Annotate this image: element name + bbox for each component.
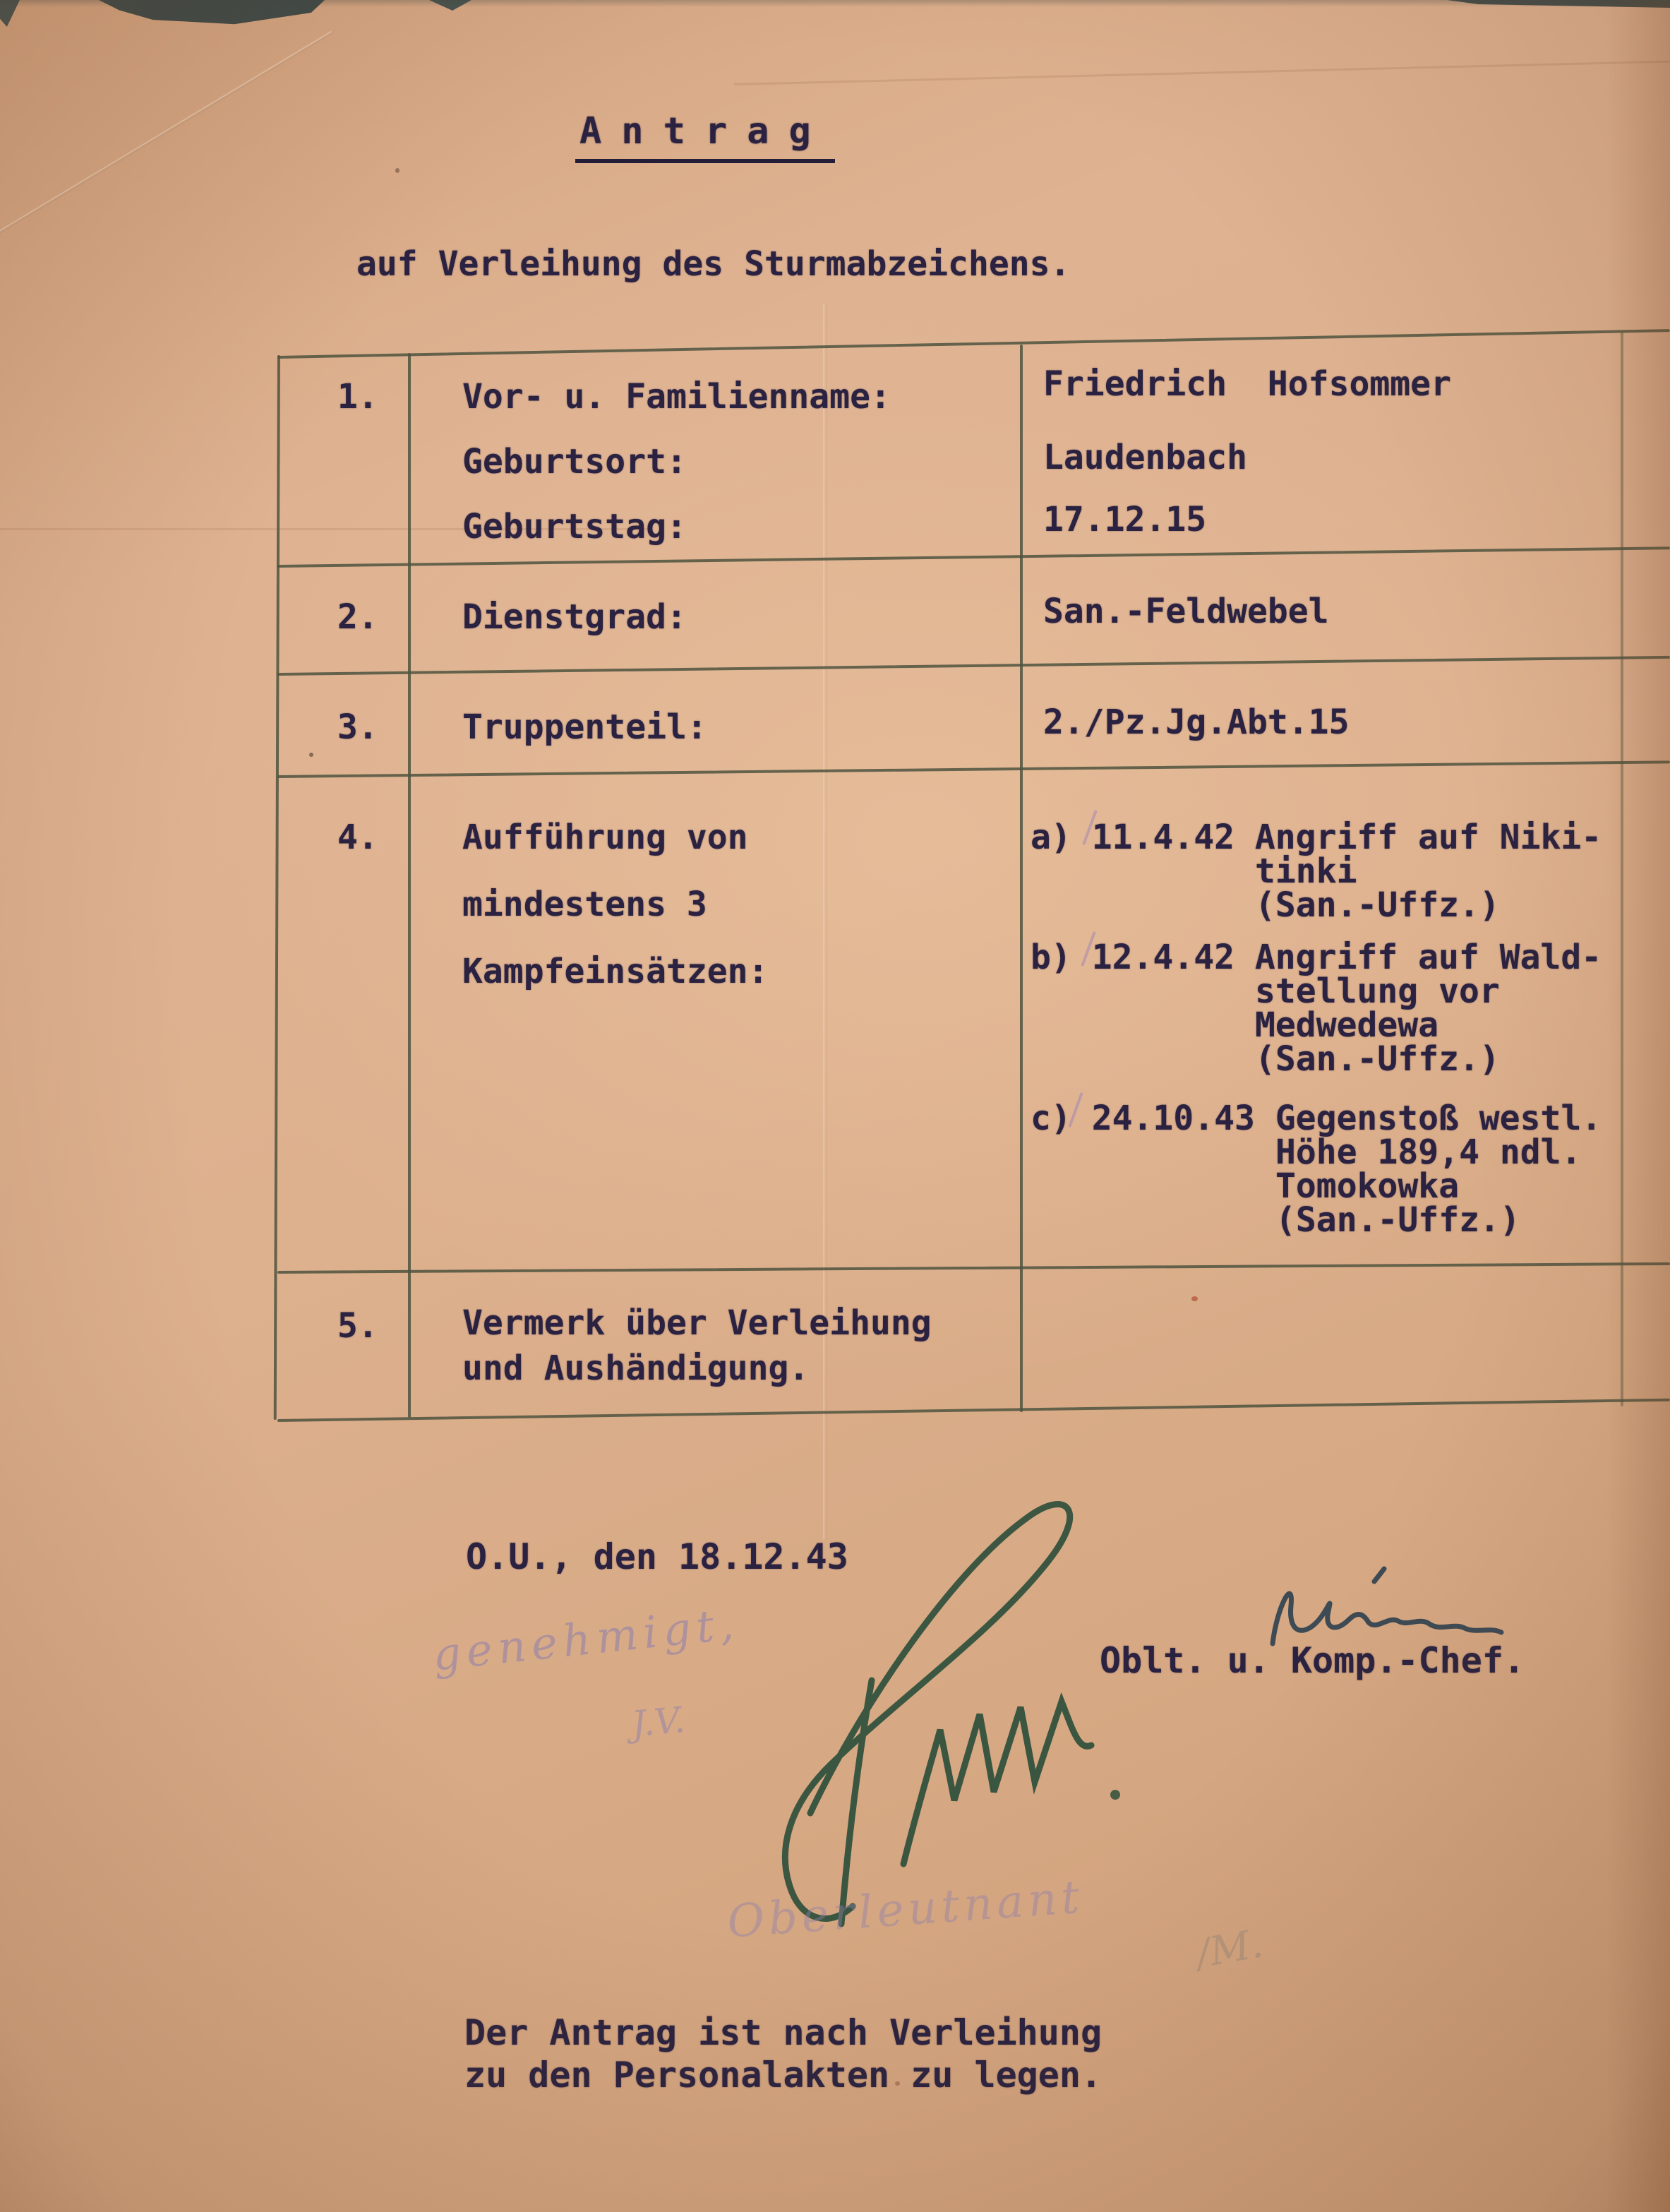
torn-edge-shadow <box>0 0 1670 7</box>
row-number: 5. <box>337 1308 378 1345</box>
pencil-initials: J.V. <box>630 1699 687 1745</box>
field-value: 17.12.15 <box>1043 501 1206 539</box>
field-label: Truppenteil: <box>462 709 707 746</box>
table-row-divider <box>277 1262 1670 1274</box>
fold-crease <box>0 31 332 237</box>
combat-entry-line: tinki <box>1255 853 1357 890</box>
table-row-divider <box>277 656 1670 676</box>
signer-role-line: Oblt. u. Komp.-Chef. <box>1100 1642 1525 1680</box>
field-label: Kampfeinsätzen: <box>462 953 768 991</box>
row-number: 3. <box>337 709 378 746</box>
field-label: mindestens 3 <box>462 886 707 923</box>
combat-entry-line: b) 12.4.42 Angriff auf Wald- <box>1031 939 1602 976</box>
table-column-divider <box>1020 345 1023 1412</box>
field-label: Aufführung von <box>462 819 748 856</box>
row-number: 4. <box>337 819 378 856</box>
scanned-document: Antrag auf Verleihung des Sturmabzeichen… <box>0 0 1670 2212</box>
field-label: Geburtsort: <box>462 443 687 481</box>
field-label: Vor- u. Familienname: <box>462 378 891 416</box>
paper-speck <box>1191 1296 1198 1301</box>
combat-entry-line: Tomokowka <box>1275 1168 1459 1205</box>
table-border-top <box>277 329 1670 359</box>
table-row-divider <box>277 546 1670 568</box>
combat-entry-line: Medwedewa <box>1255 1007 1438 1044</box>
field-label: und Aushändigung. <box>462 1350 809 1387</box>
fold-crease <box>823 304 827 1539</box>
pencil-rank-suffix: /M. <box>1193 1920 1266 1977</box>
combat-entry-line: c) 24.10.43 Gegenstoß westl. <box>1031 1100 1602 1137</box>
field-value: San.-Feldwebel <box>1043 593 1329 630</box>
table-border-bottom <box>277 1399 1670 1422</box>
field-label: Vermerk über Verleihung <box>462 1305 932 1342</box>
table-border-left <box>274 355 280 1420</box>
footer-instruction-line: Der Antrag ist nach Verleihung <box>464 2014 1102 2052</box>
row-number: 1. <box>337 378 378 416</box>
combat-entry-line: (San.-Uffz.) <box>1255 887 1500 924</box>
field-label: Geburtstag: <box>462 508 687 546</box>
paper-speck <box>309 753 313 757</box>
document-title: Antrag <box>575 112 835 163</box>
document-subtitle: auf Verleihung des Sturmabzeichens. <box>356 246 1070 283</box>
combat-entry-line: (San.-Uffz.) <box>1255 1041 1500 1078</box>
row-number: 2. <box>337 599 378 636</box>
combat-entry-line: Höhe 189,4 ndl. <box>1275 1134 1581 1171</box>
paper-speck <box>395 168 400 173</box>
table-row-divider <box>277 760 1670 778</box>
fold-crease <box>734 61 1670 85</box>
field-label: Dienstgrad: <box>462 599 687 636</box>
combat-entry-line: stellung vor <box>1255 973 1500 1010</box>
footer-instruction-line: zu den Personalakten zu legen. <box>464 2056 1102 2095</box>
combat-entry-line: (San.-Uffz.) <box>1275 1202 1520 1239</box>
field-value: Laudenbach <box>1043 439 1247 477</box>
field-value: 2./Pz.Jg.Abt.15 <box>1043 704 1349 741</box>
paper-speck <box>895 2081 900 2086</box>
page-curl-shadow <box>1606 0 1670 2212</box>
table-column-divider <box>408 353 411 1418</box>
combat-entry-line: a) 11.4.42 Angriff auf Niki- <box>1031 819 1602 856</box>
field-value: Friedrich Hofsommer <box>1043 366 1451 403</box>
